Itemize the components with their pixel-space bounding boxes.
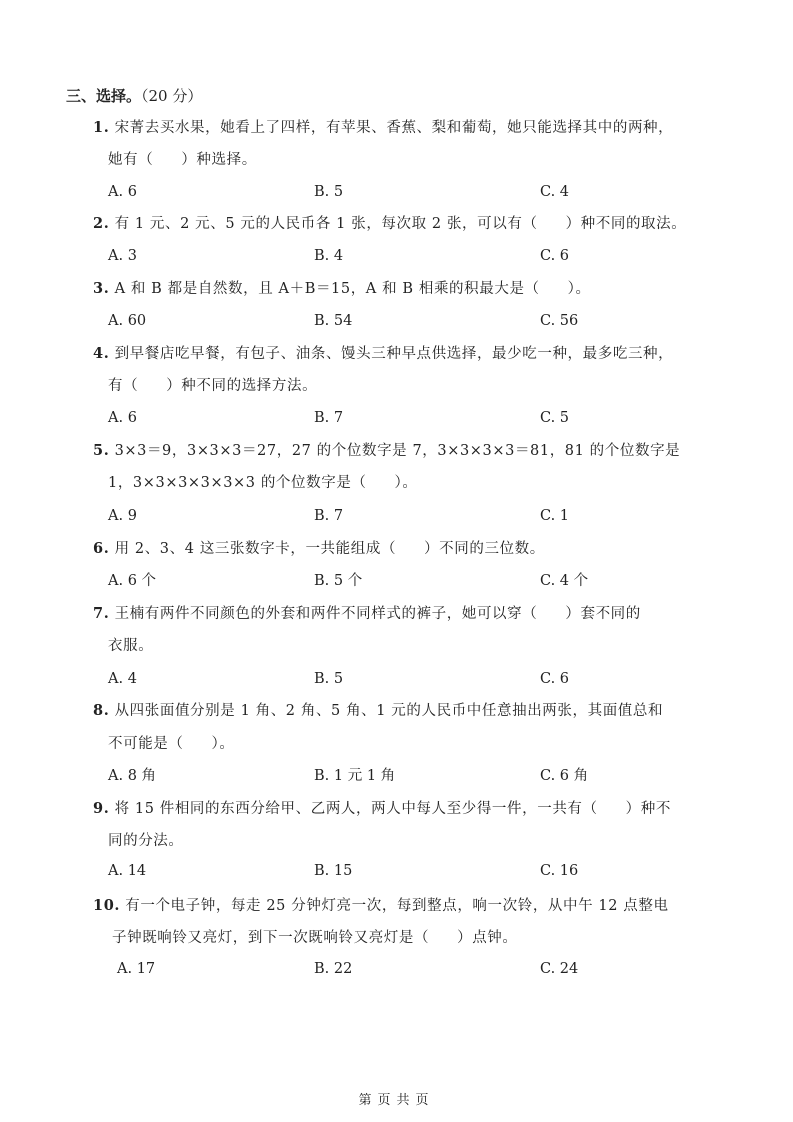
option-b[interactable]: B. 5: [314, 669, 343, 689]
option-a[interactable]: A. 17: [117, 959, 155, 979]
option-c[interactable]: C. 6: [540, 669, 569, 689]
option-c[interactable]: C. 4 个: [540, 571, 588, 591]
footer-label: 页: [416, 1093, 435, 1108]
footer-label: 共: [397, 1093, 416, 1108]
option-a[interactable]: A. 14: [108, 861, 146, 881]
question-line: 同的分法。: [108, 831, 184, 851]
section-heading: 三、选择。（20 分）: [66, 86, 202, 106]
question-line: 5. 3×3＝9，3×3×3＝27，27 的个位数字是 7，3×3×3×3＝81…: [93, 441, 680, 461]
question-line: 4. 到早餐店吃早餐，有包子、油条、馒头三种早点供选择，最少吃一种，最多吃三种，: [93, 344, 673, 364]
option-b[interactable]: B. 15: [314, 861, 352, 881]
option-b[interactable]: B. 7: [314, 408, 343, 428]
question-line: 6. 用 2、3、4 这三张数字卡，一共能组成（）不同的三位数。: [93, 539, 545, 559]
option-b[interactable]: B. 4: [314, 246, 343, 266]
option-a[interactable]: A. 6 个: [108, 571, 156, 591]
option-a[interactable]: A. 9: [108, 506, 137, 526]
question-number: 10.: [93, 897, 120, 914]
option-c[interactable]: C. 6 角: [540, 766, 588, 786]
question-number: 7.: [93, 605, 109, 622]
option-a[interactable]: A. 60: [108, 311, 146, 331]
question-line: 有（）种不同的选择方法。: [108, 376, 317, 396]
question-line: 2. 有 1 元、2 元、5 元的人民币各 1 张，每次取 2 张，可以有（）种…: [93, 214, 686, 234]
question-number: 2.: [93, 215, 109, 232]
question-line: 7. 王楠有两件不同颜色的外套和两件不同样式的裤子，她可以穿（）套不同的: [93, 604, 641, 624]
question-number: 1.: [93, 119, 109, 136]
question-line: 衣服。: [108, 636, 153, 656]
option-b[interactable]: B. 5 个: [314, 571, 362, 591]
option-b[interactable]: B. 7: [314, 506, 343, 526]
option-a[interactable]: A. 8 角: [108, 766, 156, 786]
option-b[interactable]: B. 54: [314, 311, 352, 331]
question-line: 她有（）种选择。: [108, 150, 257, 170]
footer-label: 第: [358, 1093, 377, 1108]
question-number: 3.: [93, 280, 109, 297]
section-score: （20 分）: [141, 87, 202, 105]
question-line: 8. 从四张面值分别是 1 角、2 角、5 角、1 元的人民币中任意抽出两张，其…: [93, 701, 663, 721]
option-c[interactable]: C. 24: [540, 959, 578, 979]
question-line: 子钟既响铃又亮灯，到下一次既响铃又亮灯是（）点钟。: [112, 928, 518, 948]
option-c[interactable]: C. 4: [540, 182, 569, 202]
question-line: 1，3×3×3×3×3×3 的个位数字是（）。: [108, 473, 418, 493]
question-number: 5.: [93, 442, 109, 459]
option-a[interactable]: A. 6: [108, 408, 137, 428]
page-footer: 第页共页: [0, 1089, 793, 1108]
question-line: 1. 宋菁去买水果，她看上了四样，有苹果、香蕉、梨和葡萄，她只能选择其中的两种，: [93, 118, 673, 138]
option-a[interactable]: A. 4: [108, 669, 137, 689]
option-a[interactable]: A. 6: [108, 182, 137, 202]
option-c[interactable]: C. 1: [540, 506, 569, 526]
question-line: 9. 将 15 件相同的东西分给甲、乙两人，两人中每人至少得一件，一共有（）种不: [93, 799, 671, 819]
option-c[interactable]: C. 6: [540, 246, 569, 266]
question-line: 3. A 和 B 都是自然数，且 A＋B＝15，A 和 B 相乘的积最大是（）。: [93, 279, 591, 299]
option-b[interactable]: B. 1 元 1 角: [314, 766, 395, 786]
question-number: 4.: [93, 345, 109, 362]
option-c[interactable]: C. 56: [540, 311, 578, 331]
question-number: 9.: [93, 800, 109, 817]
question-number: 6.: [93, 540, 109, 557]
section-title: 三、选择。: [66, 87, 141, 105]
option-b[interactable]: B. 5: [314, 182, 343, 202]
question-line: 10. 有一个电子钟，每走 25 分钟灯亮一次，每到整点，响一次铃，从中午 12…: [93, 896, 669, 916]
option-a[interactable]: A. 3: [108, 246, 137, 266]
exam-page: 三、选择。（20 分） 1. 宋菁去买水果，她看上了四样，有苹果、香蕉、梨和葡萄…: [0, 0, 793, 1122]
footer-label: 页: [377, 1093, 396, 1108]
option-c[interactable]: C. 16: [540, 861, 578, 881]
question-line: 不可能是（）。: [108, 734, 234, 754]
question-number: 8.: [93, 702, 109, 719]
option-c[interactable]: C. 5: [540, 408, 569, 428]
option-b[interactable]: B. 22: [314, 959, 352, 979]
